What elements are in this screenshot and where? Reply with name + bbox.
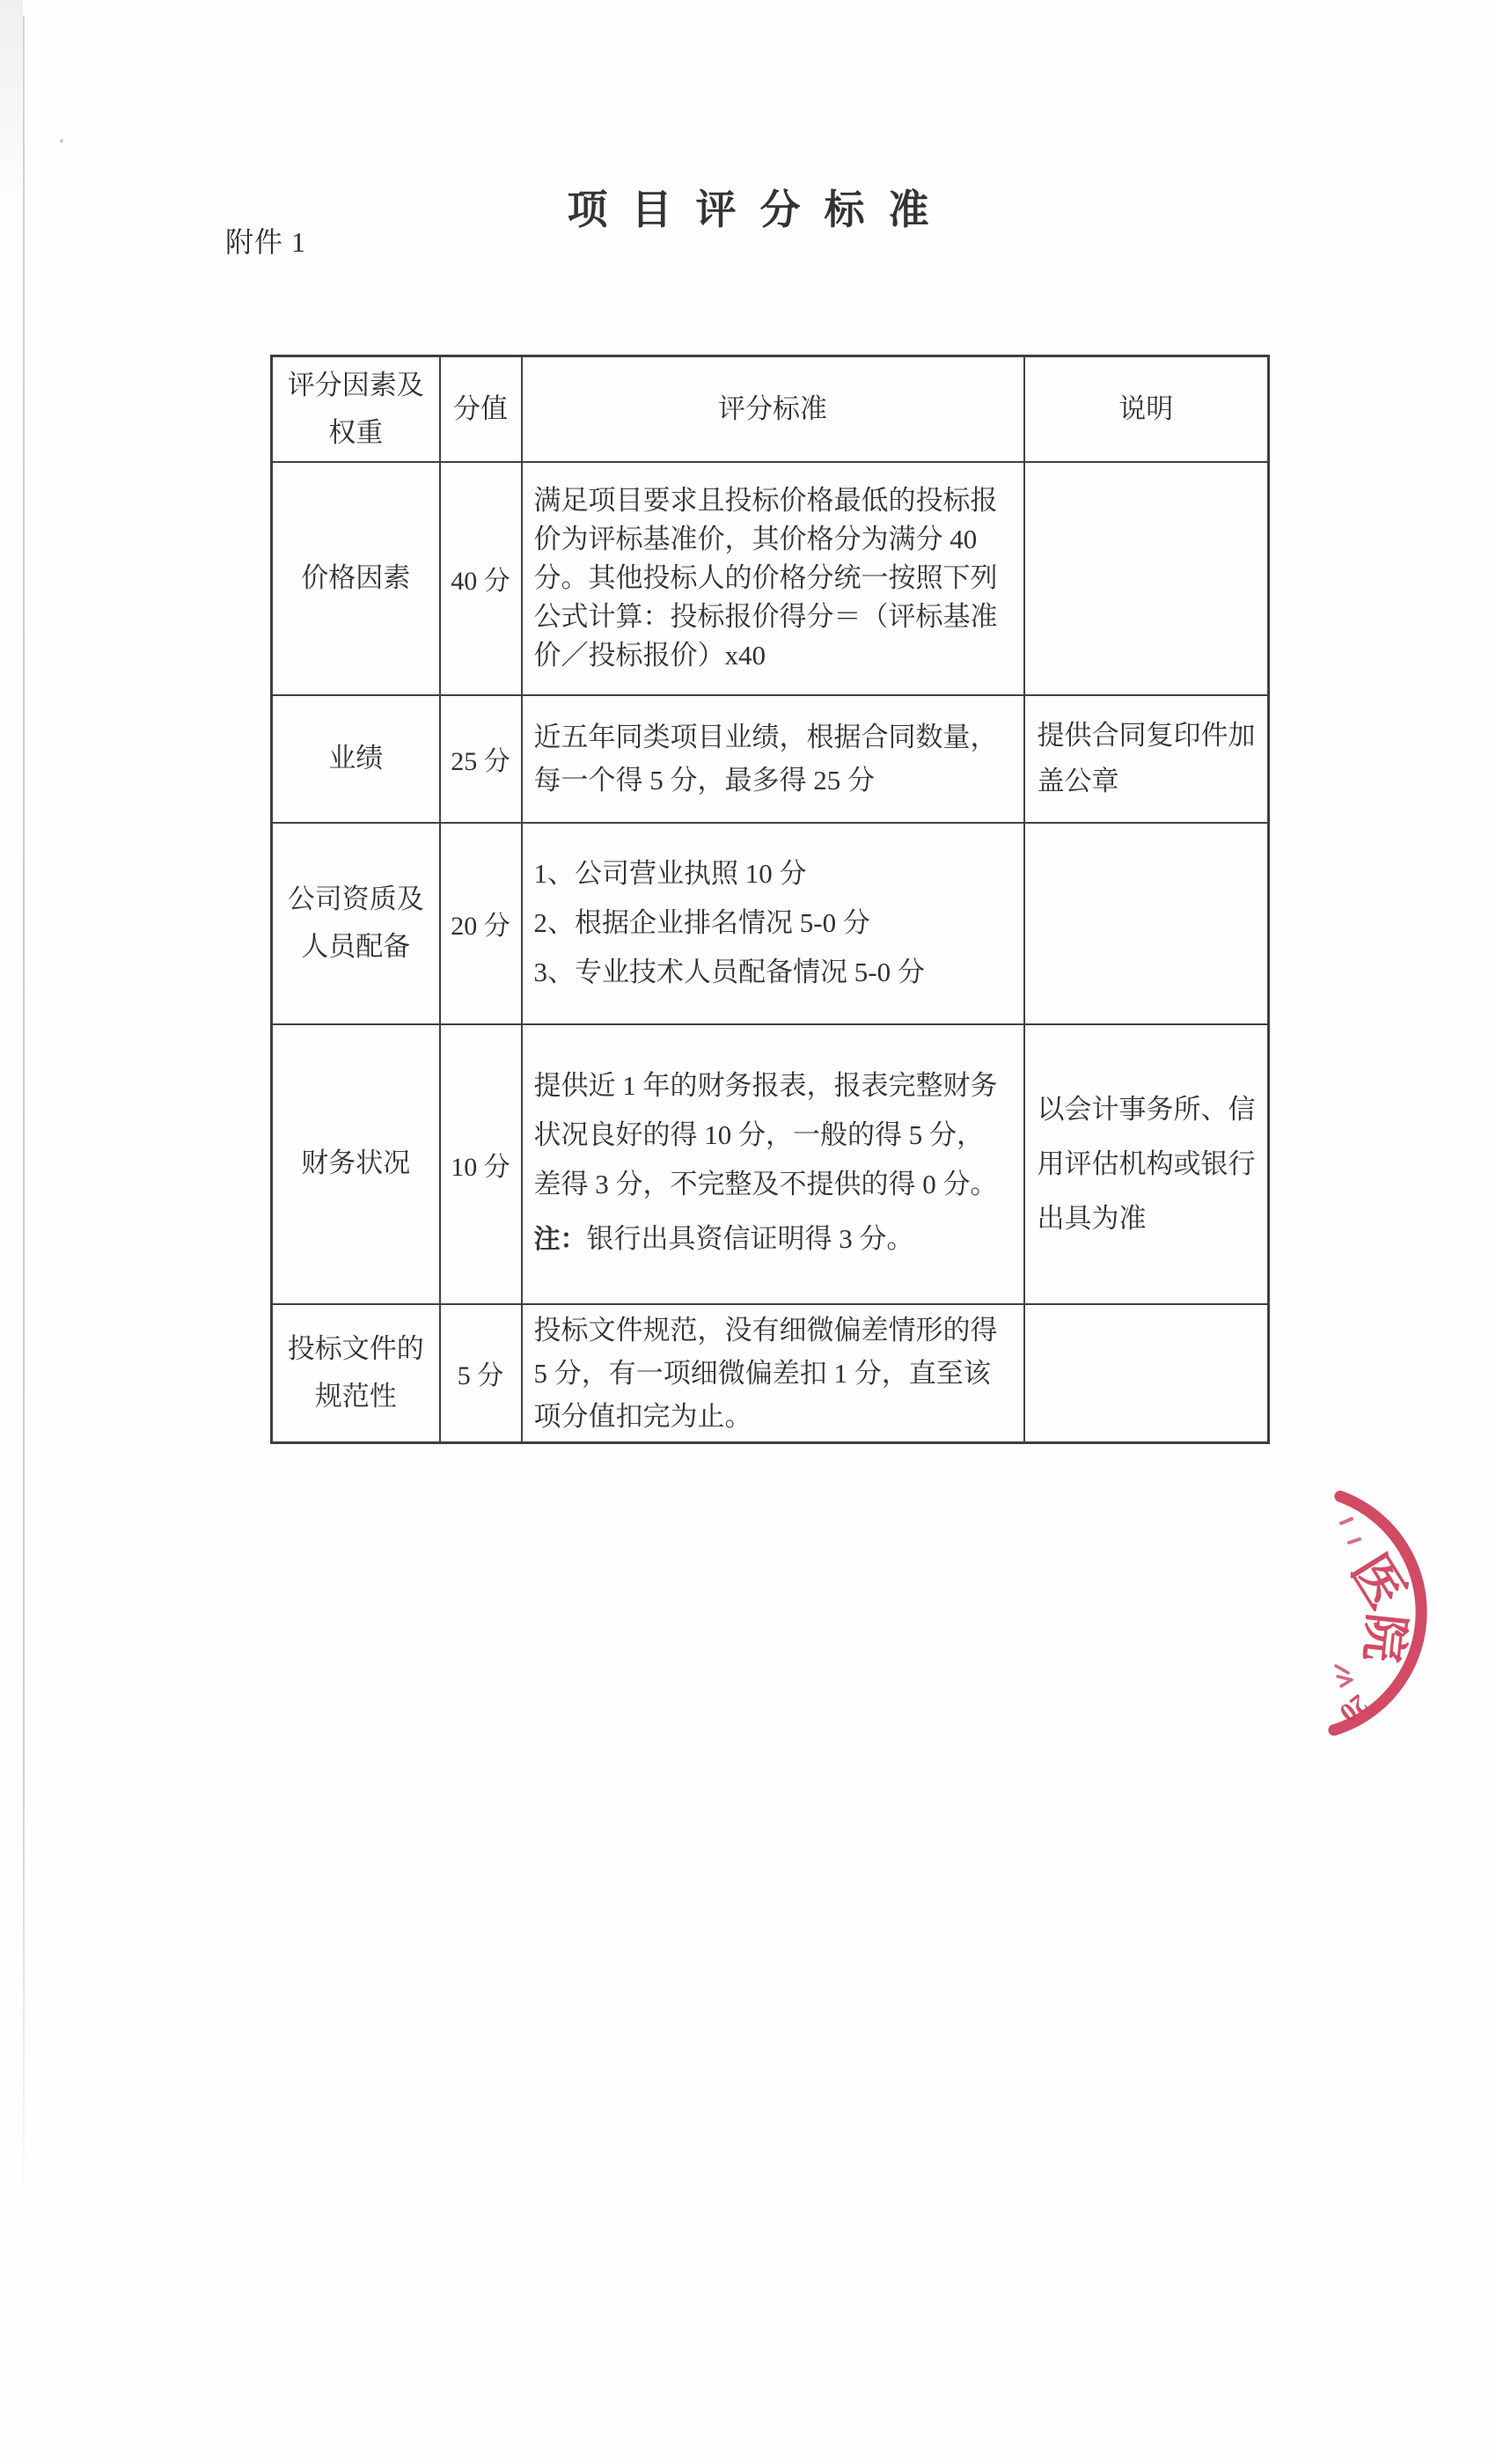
criteria-cell: 近五年同类项目业绩，根据合同数量，每一个得 5 分，最多得 25 分 — [522, 695, 1024, 823]
criteria-cell: 提供近 1 年的财务报表，报表完整财务状况良好的得 10 分，一般的得 5 分，… — [522, 1024, 1024, 1304]
scan-edge-line — [23, 16, 25, 2216]
remark-cell: 以会计事务所、信用评估机构或银行出具为准 — [1024, 1024, 1269, 1304]
criteria-cell: 投标文件规范，没有细微偏差情形的得 5 分，有一项细微偏差扣 1 分，直至该项分… — [522, 1304, 1024, 1443]
scanned-document-page: 项目评分标准 附件 1 评分因素及权重 分值 评分标准 说明 价格因素 40 分… — [0, 0, 1496, 2464]
remark-cell: 提供合同复印件加盖公章 — [1024, 695, 1269, 823]
scan-speck — [60, 139, 63, 143]
header-remark: 说明 — [1024, 356, 1269, 462]
seal-small-marks-top — [1341, 1519, 1360, 1543]
header-criteria: 评分标准 — [522, 356, 1024, 462]
scoring-table: 评分因素及权重 分值 评分标准 说明 价格因素 40 分 满足项目要求且投标价格… — [270, 355, 1270, 1444]
seal-digits: 20 — [1334, 1689, 1373, 1727]
criteria-note-text: 银行出具资信证明得 3 分。 — [587, 1223, 914, 1254]
hospital-seal-stamp: 医 院 20 — [1309, 1459, 1496, 1815]
factor-cell: 价格因素 — [272, 462, 440, 695]
score-cell: 20 分 — [440, 823, 522, 1024]
criteria-cell: 满足项目要求且投标价格最低的投标报价为评标基准价，其价格分为满分 40 分。其他… — [522, 462, 1024, 695]
factor-cell: 财务状况 — [272, 1024, 440, 1304]
remark-cell — [1024, 823, 1269, 1024]
factor-cell: 公司资质及人员配备 — [272, 823, 440, 1024]
header-score: 分值 — [440, 356, 522, 462]
score-cell: 10 分 — [440, 1024, 522, 1304]
table-row-qualification: 公司资质及人员配备 20 分 1、公司营业执照 10 分 2、根据企业排名情况 … — [272, 823, 1269, 1024]
table-header-row: 评分因素及权重 分值 评分标准 说明 — [272, 356, 1269, 462]
factor-cell: 投标文件的规范性 — [272, 1304, 440, 1443]
table-row-bid-document: 投标文件的规范性 5 分 投标文件规范，没有细微偏差情形的得 5 分，有一项细微… — [272, 1304, 1269, 1443]
attachment-label: 附件 1 — [225, 220, 306, 260]
scan-corner-shade — [0, 0, 23, 202]
remark-cell — [1024, 1304, 1269, 1443]
criteria-text: 提供近 1 年的财务报表，报表完整财务状况良好的得 10 分，一般的得 5 分，… — [534, 1070, 998, 1199]
header-factor: 评分因素及权重 — [272, 356, 440, 462]
seal-small-marks-bottom — [1336, 1666, 1352, 1686]
criteria-item-3: 3、专业技术人员配备情况 5-0 分 — [534, 948, 1008, 997]
criteria-cell: 1、公司营业执照 10 分 2、根据企业排名情况 5-0 分 3、专业技术人员配… — [522, 823, 1024, 1024]
page-title: 项目评分标准 — [0, 178, 1496, 236]
table-row-price: 价格因素 40 分 满足项目要求且投标价格最低的投标报价为评标基准价，其价格分为… — [272, 462, 1269, 695]
factor-cell: 业绩 — [272, 695, 440, 823]
seal-char-yuan: 院 — [1355, 1610, 1413, 1664]
criteria-note-label: 注： — [534, 1225, 587, 1254]
criteria-item-1: 1、公司营业执照 10 分 — [534, 849, 1008, 898]
criteria-note: 注：银行出具资信证明得 3 分。 — [534, 1214, 1008, 1265]
table-row-performance: 业绩 25 分 近五年同类项目业绩，根据合同数量，每一个得 5 分，最多得 25… — [272, 695, 1269, 823]
remark-cell — [1024, 462, 1269, 695]
score-cell: 40 分 — [440, 462, 522, 695]
table-row-finance: 财务状况 10 分 提供近 1 年的财务报表，报表完整财务状况良好的得 10 分… — [272, 1024, 1269, 1304]
score-cell: 5 分 — [440, 1304, 522, 1443]
score-cell: 25 分 — [440, 695, 522, 823]
criteria-item-2: 2、根据企业排名情况 5-0 分 — [534, 898, 1008, 948]
